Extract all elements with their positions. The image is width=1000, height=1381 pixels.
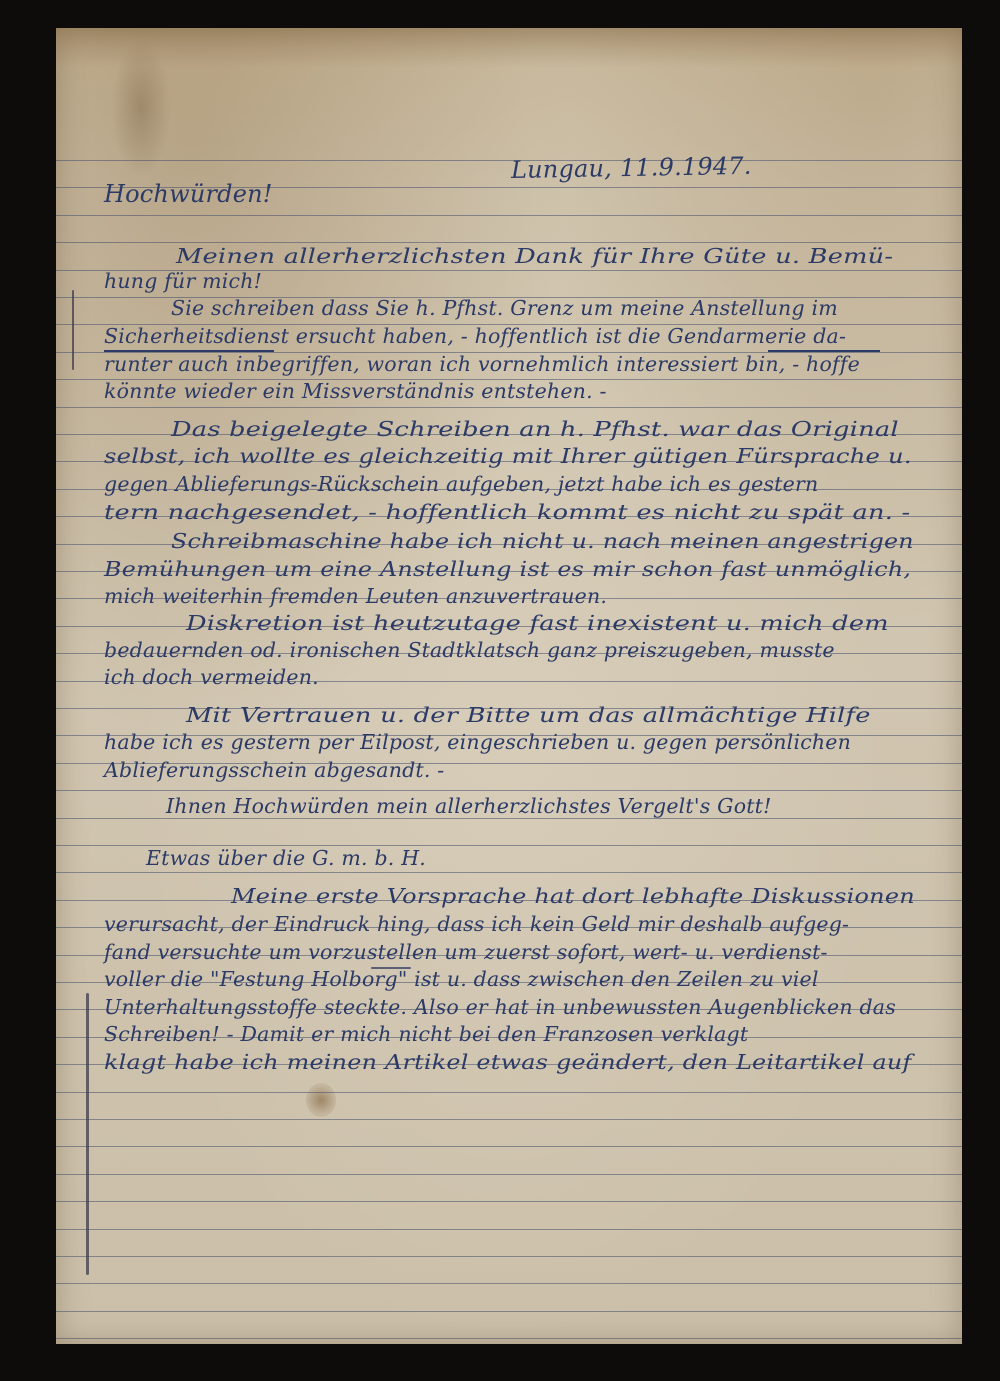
letter-line: klagt habe ich meinen Artikel etwas geän… [104, 1050, 912, 1074]
ruled-line [56, 790, 962, 791]
ruled-line [56, 1174, 962, 1175]
letter-line: Unterhaltungsstoffe steckte. Also er hat… [104, 995, 896, 1019]
letter-line: Diskretion ist heutzutage fast inexisten… [186, 611, 889, 635]
ruled-line [56, 1229, 962, 1230]
scanned-document: Lungau, 11.9.1947. Hochwürden! Meinen al… [0, 0, 1000, 1381]
ruled-line [56, 1311, 962, 1312]
ruled-line [56, 1092, 962, 1093]
ruled-line [56, 160, 962, 161]
letter-line: Sicherheitsdienst ersucht haben, - hoffe… [104, 324, 846, 348]
letter-line: Bemühungen um eine Anstellung ist es mir… [104, 557, 911, 581]
letter-line: Schreibmaschine habe ich nicht u. nach m… [171, 529, 914, 553]
salutation: Hochwürden! [104, 180, 273, 208]
paper-stain-water-spot [306, 1083, 336, 1117]
letter-line: Ihnen Hochwürden mein allerherzlichstes … [166, 794, 772, 818]
letter-line: voller die "Festung Holborg" ist u. dass… [104, 967, 819, 991]
letter-line: selbst, ich wollte es gleichzeitig mit I… [104, 444, 912, 468]
ruled-line [56, 872, 962, 873]
ruled-line [56, 1338, 962, 1339]
letter-line: ich doch vermeiden. [104, 665, 319, 689]
letter-line: fand versuchte um vorzustellen um zuerst… [104, 940, 828, 964]
letter-line: Das beigelegte Schreiben an h. Pfhst. wa… [171, 417, 899, 441]
letter-line: Mit Vertrauen u. der Bitte um das allmäc… [186, 703, 871, 727]
letter-line: Ablieferungsschein abgesandt. - [104, 758, 444, 782]
margin-bracket-top [72, 290, 74, 370]
ruled-line [56, 1283, 962, 1284]
letter-line: bedauernden od. ironischen Stadtklatsch … [104, 638, 835, 662]
letter-line: verursacht, der Eindruck hing, dass ich … [104, 912, 849, 936]
letter-line: könnte wieder ein Missverständnis entste… [104, 379, 607, 403]
letter-line: Meine erste Vorsprache hat dort lebhafte… [231, 884, 915, 908]
ruled-line [56, 407, 962, 408]
letter-line: runter auch inbegriffen, woran ich vorne… [104, 352, 860, 376]
divider-mark [371, 967, 411, 969]
underline-gendarmerie [768, 350, 880, 352]
letter-line: gegen Ablieferungs-Rückschein aufgeben, … [104, 472, 818, 496]
underline-sicherheitsdienst [104, 350, 274, 352]
letter-line: mich weiterhin fremden Leuten anzuvertra… [104, 584, 607, 608]
letter-line: Schreiben! - Damit er mich nicht bei den… [104, 1022, 748, 1046]
letter-line: Sie schreiben dass Sie h. Pfhst. Grenz u… [171, 296, 838, 320]
letter-line: tern nachgesendet, - hoffentlich kommt e… [104, 500, 910, 524]
letter-line: Etwas über die G. m. b. H. [146, 846, 426, 870]
letter-line: Meinen allerherzlichsten Dank für Ihre G… [176, 244, 893, 268]
ruled-line [56, 1146, 962, 1147]
margin-bracket-bottom [86, 993, 89, 1275]
paper-stain-top-left [111, 38, 171, 178]
ruled-line [56, 215, 962, 216]
ruled-line [56, 1256, 962, 1257]
letter-paper: Lungau, 11.9.1947. Hochwürden! Meinen al… [56, 28, 962, 1344]
ruled-line [56, 1119, 962, 1120]
letter-line: habe ich es gestern per Eilpost, eingesc… [104, 730, 851, 754]
letter-line: hung für mich! [104, 269, 262, 293]
date-line: Lungau, 11.9.1947. [511, 152, 752, 184]
ruled-line [56, 1201, 962, 1202]
paper-edge-discoloration [56, 28, 962, 68]
